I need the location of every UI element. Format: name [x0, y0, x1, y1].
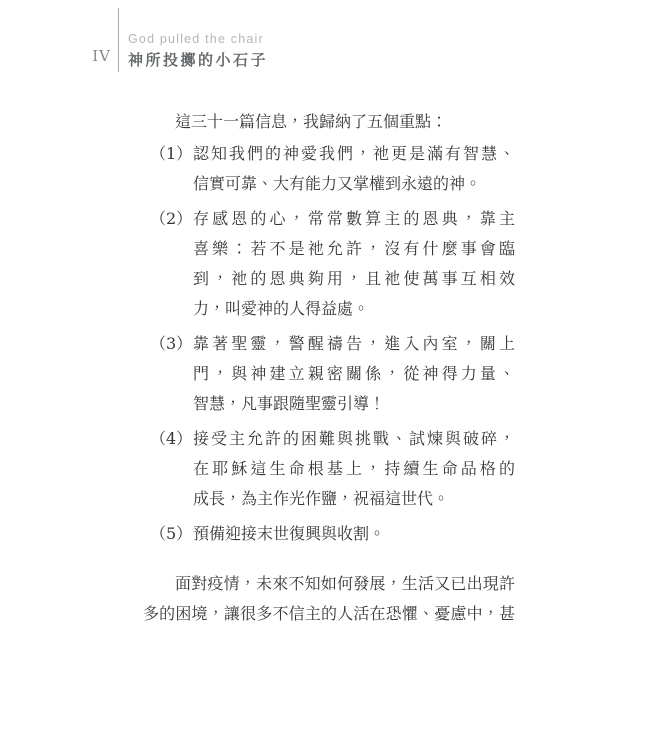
item-line: 在耶穌這生命根基上，持續生命品格的 [193, 454, 515, 484]
closing-paragraph: 面對疫情，未來不知如何發展，生活又已出現許 多的困境，讓很多不信主的人活在恐懼、… [143, 569, 515, 629]
closing-line: 多的困境，讓很多不信主的人活在恐懼、憂慮中，甚 [143, 599, 515, 629]
book-title-chinese: 神所投擲的小石子 [128, 49, 268, 70]
item-line: 靠著聖靈，警醒禱告，進入內室，關上 [193, 329, 515, 359]
item-text: 存感恩的心，常常數算主的恩典，靠主 喜樂：若不是祂允許，沒有什麼事會臨 到，祂的… [193, 204, 515, 324]
item-line: 成長，為主作光作鹽，祝福這世代。 [193, 484, 515, 514]
item-text: 認知我們的神愛我們，祂更是滿有智慧、 信實可靠、大有能力又掌權到永遠的神。 [193, 139, 515, 199]
item-line: 信實可靠、大有能力又掌權到永遠的神。 [193, 169, 515, 199]
book-title-english: God pulled the chair [128, 32, 264, 46]
closing-line: 面對疫情，未來不知如何發展，生活又已出現許 [143, 569, 515, 599]
item-text: 靠著聖靈，警醒禱告，進入內室，關上 門，與神建立親密關係，從神得力量、 智慧，凡… [193, 329, 515, 419]
item-marker: （5） [143, 519, 193, 549]
item-text: 預備迎接末世復興與收割。 [193, 519, 515, 549]
item-line: 力，叫愛神的人得益處。 [193, 294, 515, 324]
header-divider [118, 8, 119, 72]
item-line: 存感恩的心，常常數算主的恩典，靠主 [193, 204, 515, 234]
item-marker: （3） [143, 329, 193, 419]
list-item-2: （2） 存感恩的心，常常數算主的恩典，靠主 喜樂：若不是祂允許，沒有什麼事會臨 … [143, 204, 515, 324]
list-item-3: （3） 靠著聖靈，警醒禱告，進入內室，關上 門，與神建立親密關係，從神得力量、 … [143, 329, 515, 419]
page-body: 這三十一篇信息，我歸納了五個重點： （1） 認知我們的神愛我們，祂更是滿有智慧、… [143, 107, 515, 629]
item-marker: （1） [143, 139, 193, 199]
book-page: IV God pulled the chair 神所投擲的小石子 這三十一篇信息… [0, 0, 650, 750]
intro-paragraph: 這三十一篇信息，我歸納了五個重點： [143, 107, 515, 137]
item-line: 門，與神建立親密關係，從神得力量、 [193, 359, 515, 389]
item-line: 喜樂：若不是祂允許，沒有什麼事會臨 [193, 234, 515, 264]
list-item-4: （4） 接受主允許的困難與挑戰、試煉與破碎， 在耶穌這生命根基上，持續生命品格的… [143, 424, 515, 514]
list-item-1: （1） 認知我們的神愛我們，祂更是滿有智慧、 信實可靠、大有能力又掌權到永遠的神… [143, 139, 515, 199]
item-line: 接受主允許的困難與挑戰、試煉與破碎， [193, 424, 515, 454]
item-marker: （4） [143, 424, 193, 514]
item-line: 到，祂的恩典夠用，且祂使萬事互相效 [193, 264, 515, 294]
item-line: 預備迎接末世復興與收割。 [193, 519, 515, 549]
page-number: IV [62, 47, 111, 65]
item-line: 認知我們的神愛我們，祂更是滿有智慧、 [193, 139, 515, 169]
item-text: 接受主允許的困難與挑戰、試煉與破碎， 在耶穌這生命根基上，持續生命品格的 成長，… [193, 424, 515, 514]
list-item-5: （5） 預備迎接末世復興與收割。 [143, 519, 515, 549]
item-line: 智慧，凡事跟隨聖靈引導！ [193, 389, 515, 419]
item-marker: （2） [143, 204, 193, 324]
